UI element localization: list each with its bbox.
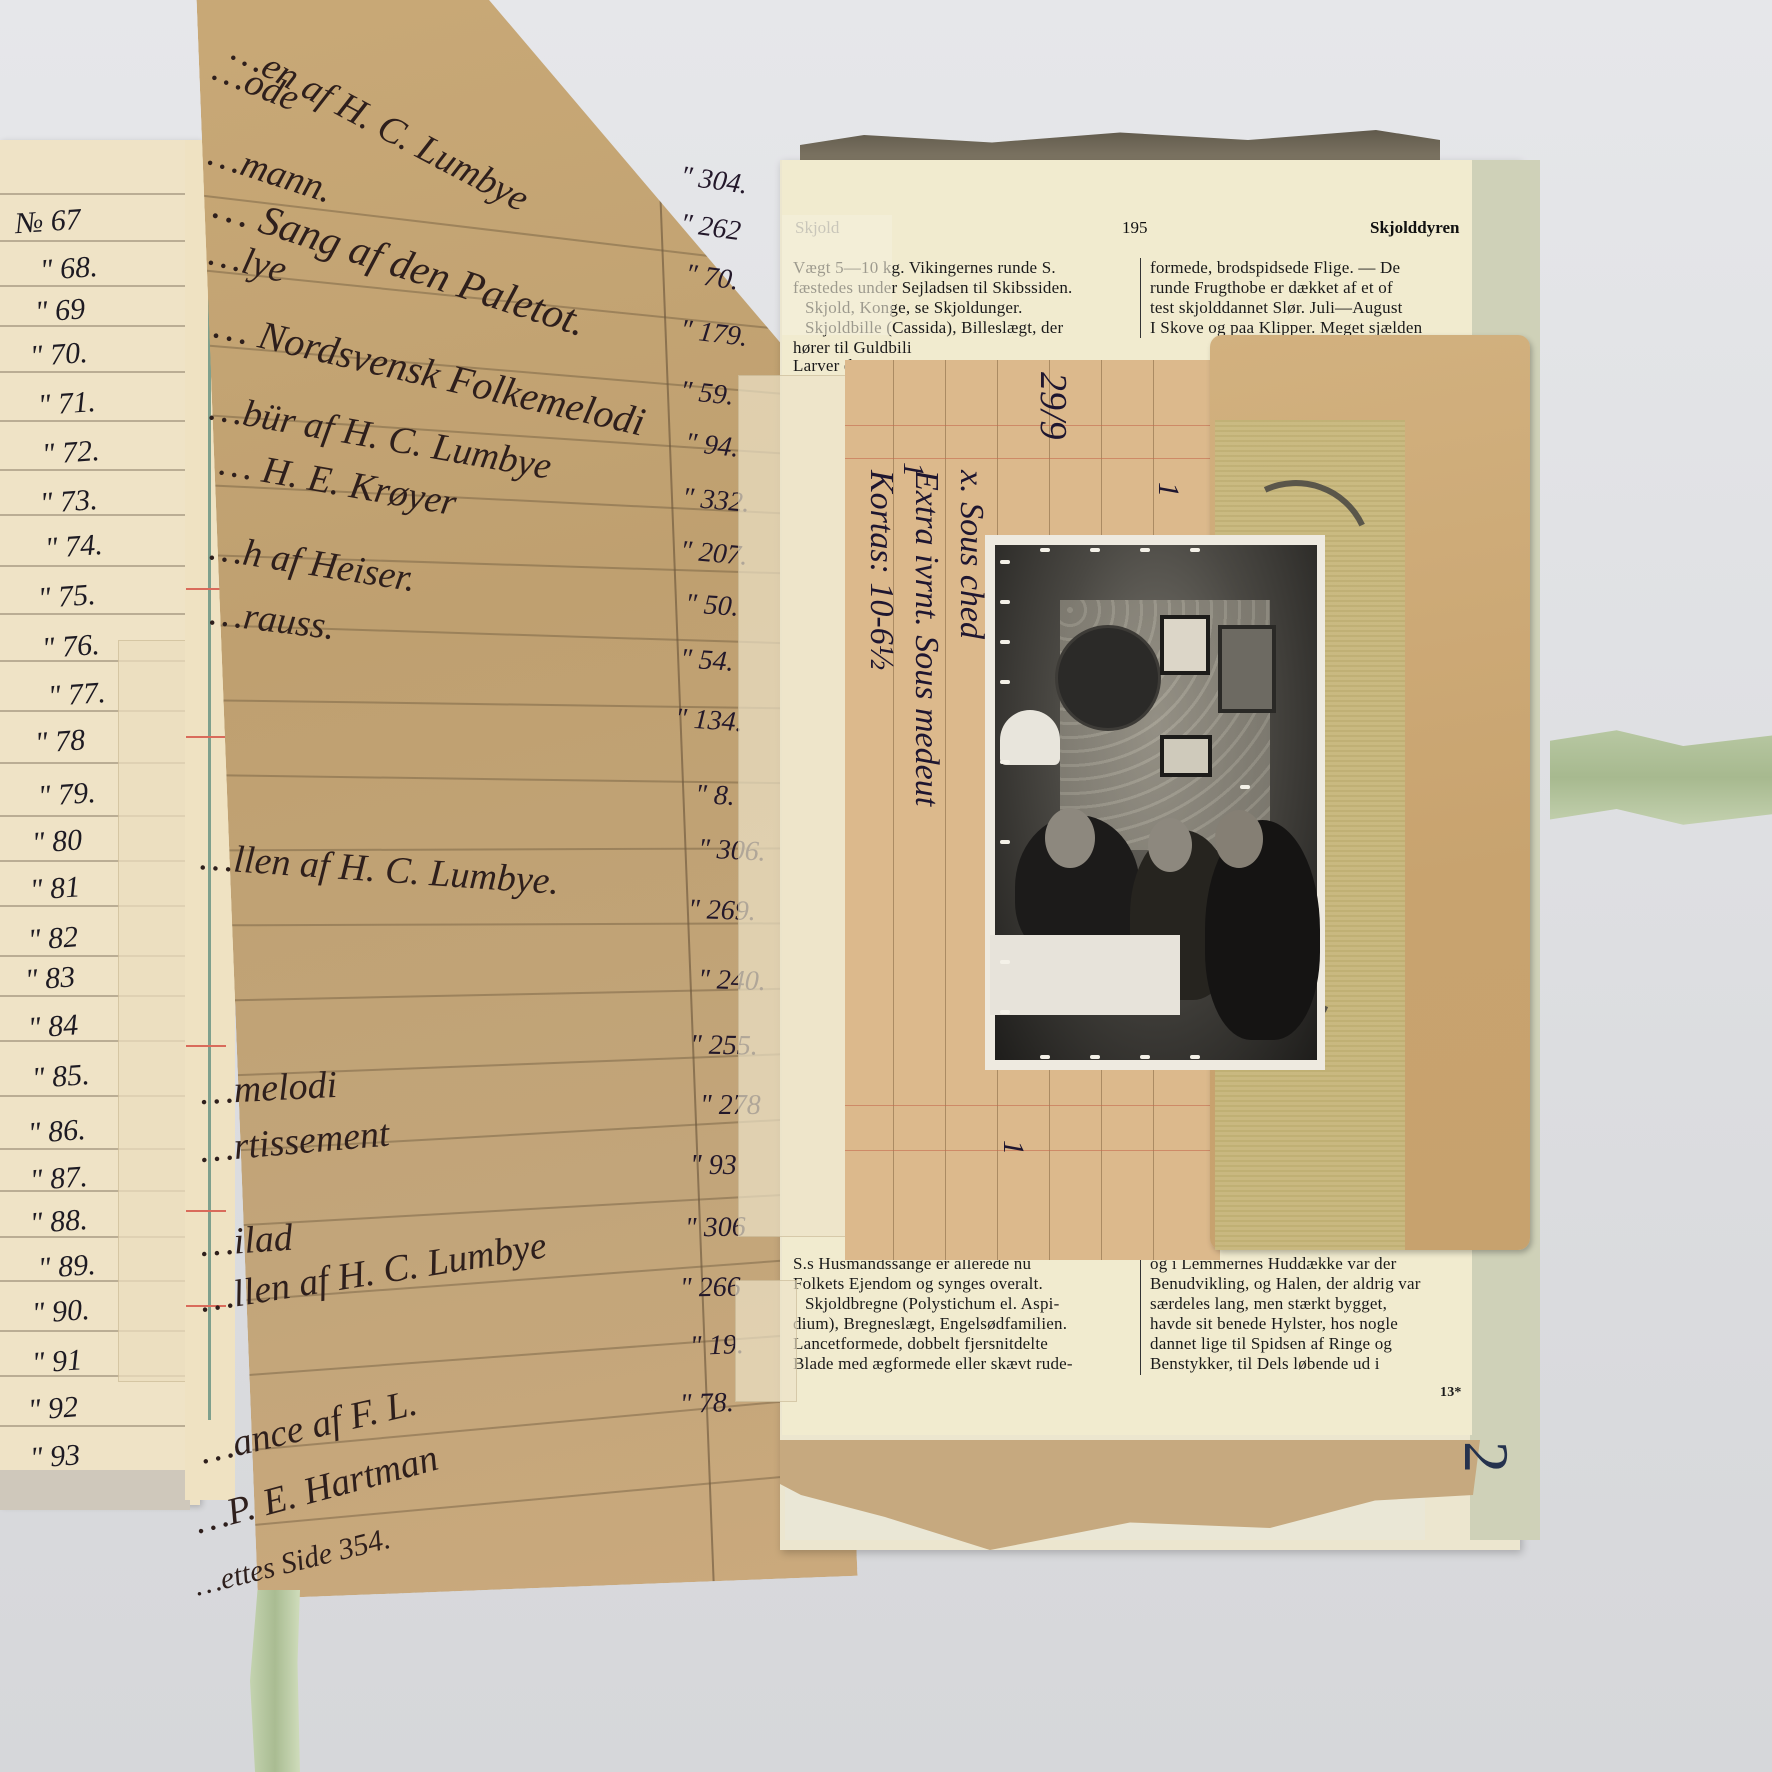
dict-line: særdeles lang, men stærkt bygget, [1150,1294,1387,1314]
left-number: № 67 [14,203,82,242]
left-number: " 85. [31,1058,91,1096]
stitch [1140,548,1150,552]
dict-line: havde sit benede Hylster, hos nogle [1150,1314,1398,1334]
gutter-tape [738,375,850,1237]
left-number: " 80 [31,823,83,860]
photo-face [1215,810,1263,868]
dict-signature-mark: 13* [1440,1385,1462,1401]
photo-face [1045,808,1095,868]
ledger-price: " 50. [684,588,740,624]
dict-line: dium), Bregneslægt, Engelsødfamilien. [793,1314,1067,1334]
ledger-price: " 8. [694,779,735,813]
dict-header-right: Skjolddyren [1370,218,1459,238]
photo-oil-lamp [1000,710,1060,765]
stitch [1090,548,1100,552]
left-number: " 71. [37,385,97,423]
ledger-price: " 94. [683,427,740,464]
dict-page-number: 195 [1122,218,1148,238]
left-number: " 73. [39,483,99,521]
stitch [1000,840,1010,844]
stitch [1000,600,1010,604]
left-number: " 68. [39,250,99,288]
left-page-edge [0,1470,190,1510]
left-number: " 70. [29,336,89,374]
stitch [1140,1055,1150,1059]
left-number: " 72. [41,434,101,472]
photo-face [1148,818,1192,872]
ledger-entry: …ilad [198,1216,294,1266]
photo-wall-plate [1055,625,1161,731]
stitch [1000,960,1010,964]
dict-line: test skjolddannet Slør. Juli—August [1150,298,1403,318]
stitch [1040,1055,1050,1059]
dict-line: Blade med ægformede eller skævt rude- [793,1354,1073,1374]
edge-stamp-digit: 2 [1449,1441,1523,1473]
vellum-tab [118,640,190,1382]
dict-line: Folkets Ejendom og synges overalt. [793,1274,1043,1294]
ledger-price: " 78. [679,1387,734,1421]
red-tick [186,1210,226,1212]
tally-mark: 1 [996,1140,1030,1155]
stitch [1000,680,1010,684]
dict-line: Benudvikling, og Halen, der aldrig var [1150,1274,1421,1294]
stitch [1000,640,1010,644]
left-number: " 82 [27,920,79,957]
dict-column-rule [1140,1255,1141,1375]
stitch [1240,785,1250,789]
red-tick [186,1045,226,1047]
left-number: " 69 [34,292,86,329]
left-number: " 92 [27,1390,79,1427]
left-number: " 90. [31,1293,91,1331]
dict-line: runde Frugthobe er dækket af et of [1150,278,1393,298]
left-number: " 74. [44,528,104,566]
dict-line: formede, brodspidsede Flige. — De [1150,258,1400,278]
photo-picture-frame [1160,615,1210,675]
vellum-tape [782,215,892,335]
dict-column-rule [1140,258,1141,338]
stitch [1190,1055,1200,1059]
photo-portrait-frame [1218,625,1276,713]
ledger-price: " 54. [679,643,735,679]
left-number: " 86. [27,1113,87,1151]
stitch [1000,1010,1010,1014]
left-number: " 89. [37,1248,97,1286]
left-number: " 87. [29,1160,89,1198]
left-number: " 77. [47,676,107,714]
left-number: " 78 [34,723,86,760]
stitch [1190,548,1200,552]
green-silk-ribbon [250,1590,300,1772]
grid-card-date: 29/9 [1031,372,1075,440]
left-number: " 84 [27,1008,79,1045]
stitch [1040,548,1050,552]
dict-line: Benstykker, til Dels løbende ud i [1150,1354,1380,1374]
left-number: " 81 [29,870,81,907]
left-number: " 76. [41,628,101,666]
ledger-price: " 59. [678,375,735,412]
gutter-tape [735,1280,797,1402]
left-number: " 75. [37,578,97,616]
stitch [1090,1055,1100,1059]
left-number: " 83 [24,960,76,997]
dict-line: Skjoldbregne (Polystichum el. Aspi- [805,1294,1059,1314]
tally-mark: 1 [1151,482,1185,497]
ledger-price: " 266 [680,1271,741,1304]
red-tick [186,736,226,738]
stitch [1000,560,1010,564]
ledger-entry: …melodi [199,1063,338,1114]
photo-tablecloth [990,935,1180,1015]
ledger-price: " 134. [674,703,744,740]
photo-picture-frame [1160,735,1212,777]
tally-mark: 1 [896,462,930,477]
stitch [1000,760,1010,764]
left-number: " 91 [31,1343,83,1380]
ledger-price: " 93 [690,1150,737,1182]
grid-card-note: Kortas: 10-6½ [862,470,900,670]
grid-card-note: Extra ivrnt. Sous medeut [907,470,945,806]
dict-line: dannet lige til Spidsen af Ringe og [1150,1334,1392,1354]
dict-line: hører til Guldbili [793,338,912,358]
ledger-price: " 306 [685,1211,746,1244]
left-number: " 88. [29,1203,89,1241]
dict-line: Lancetformede, dobbelt fjersnitdelte [793,1334,1048,1354]
left-number: " 79. [37,776,97,814]
